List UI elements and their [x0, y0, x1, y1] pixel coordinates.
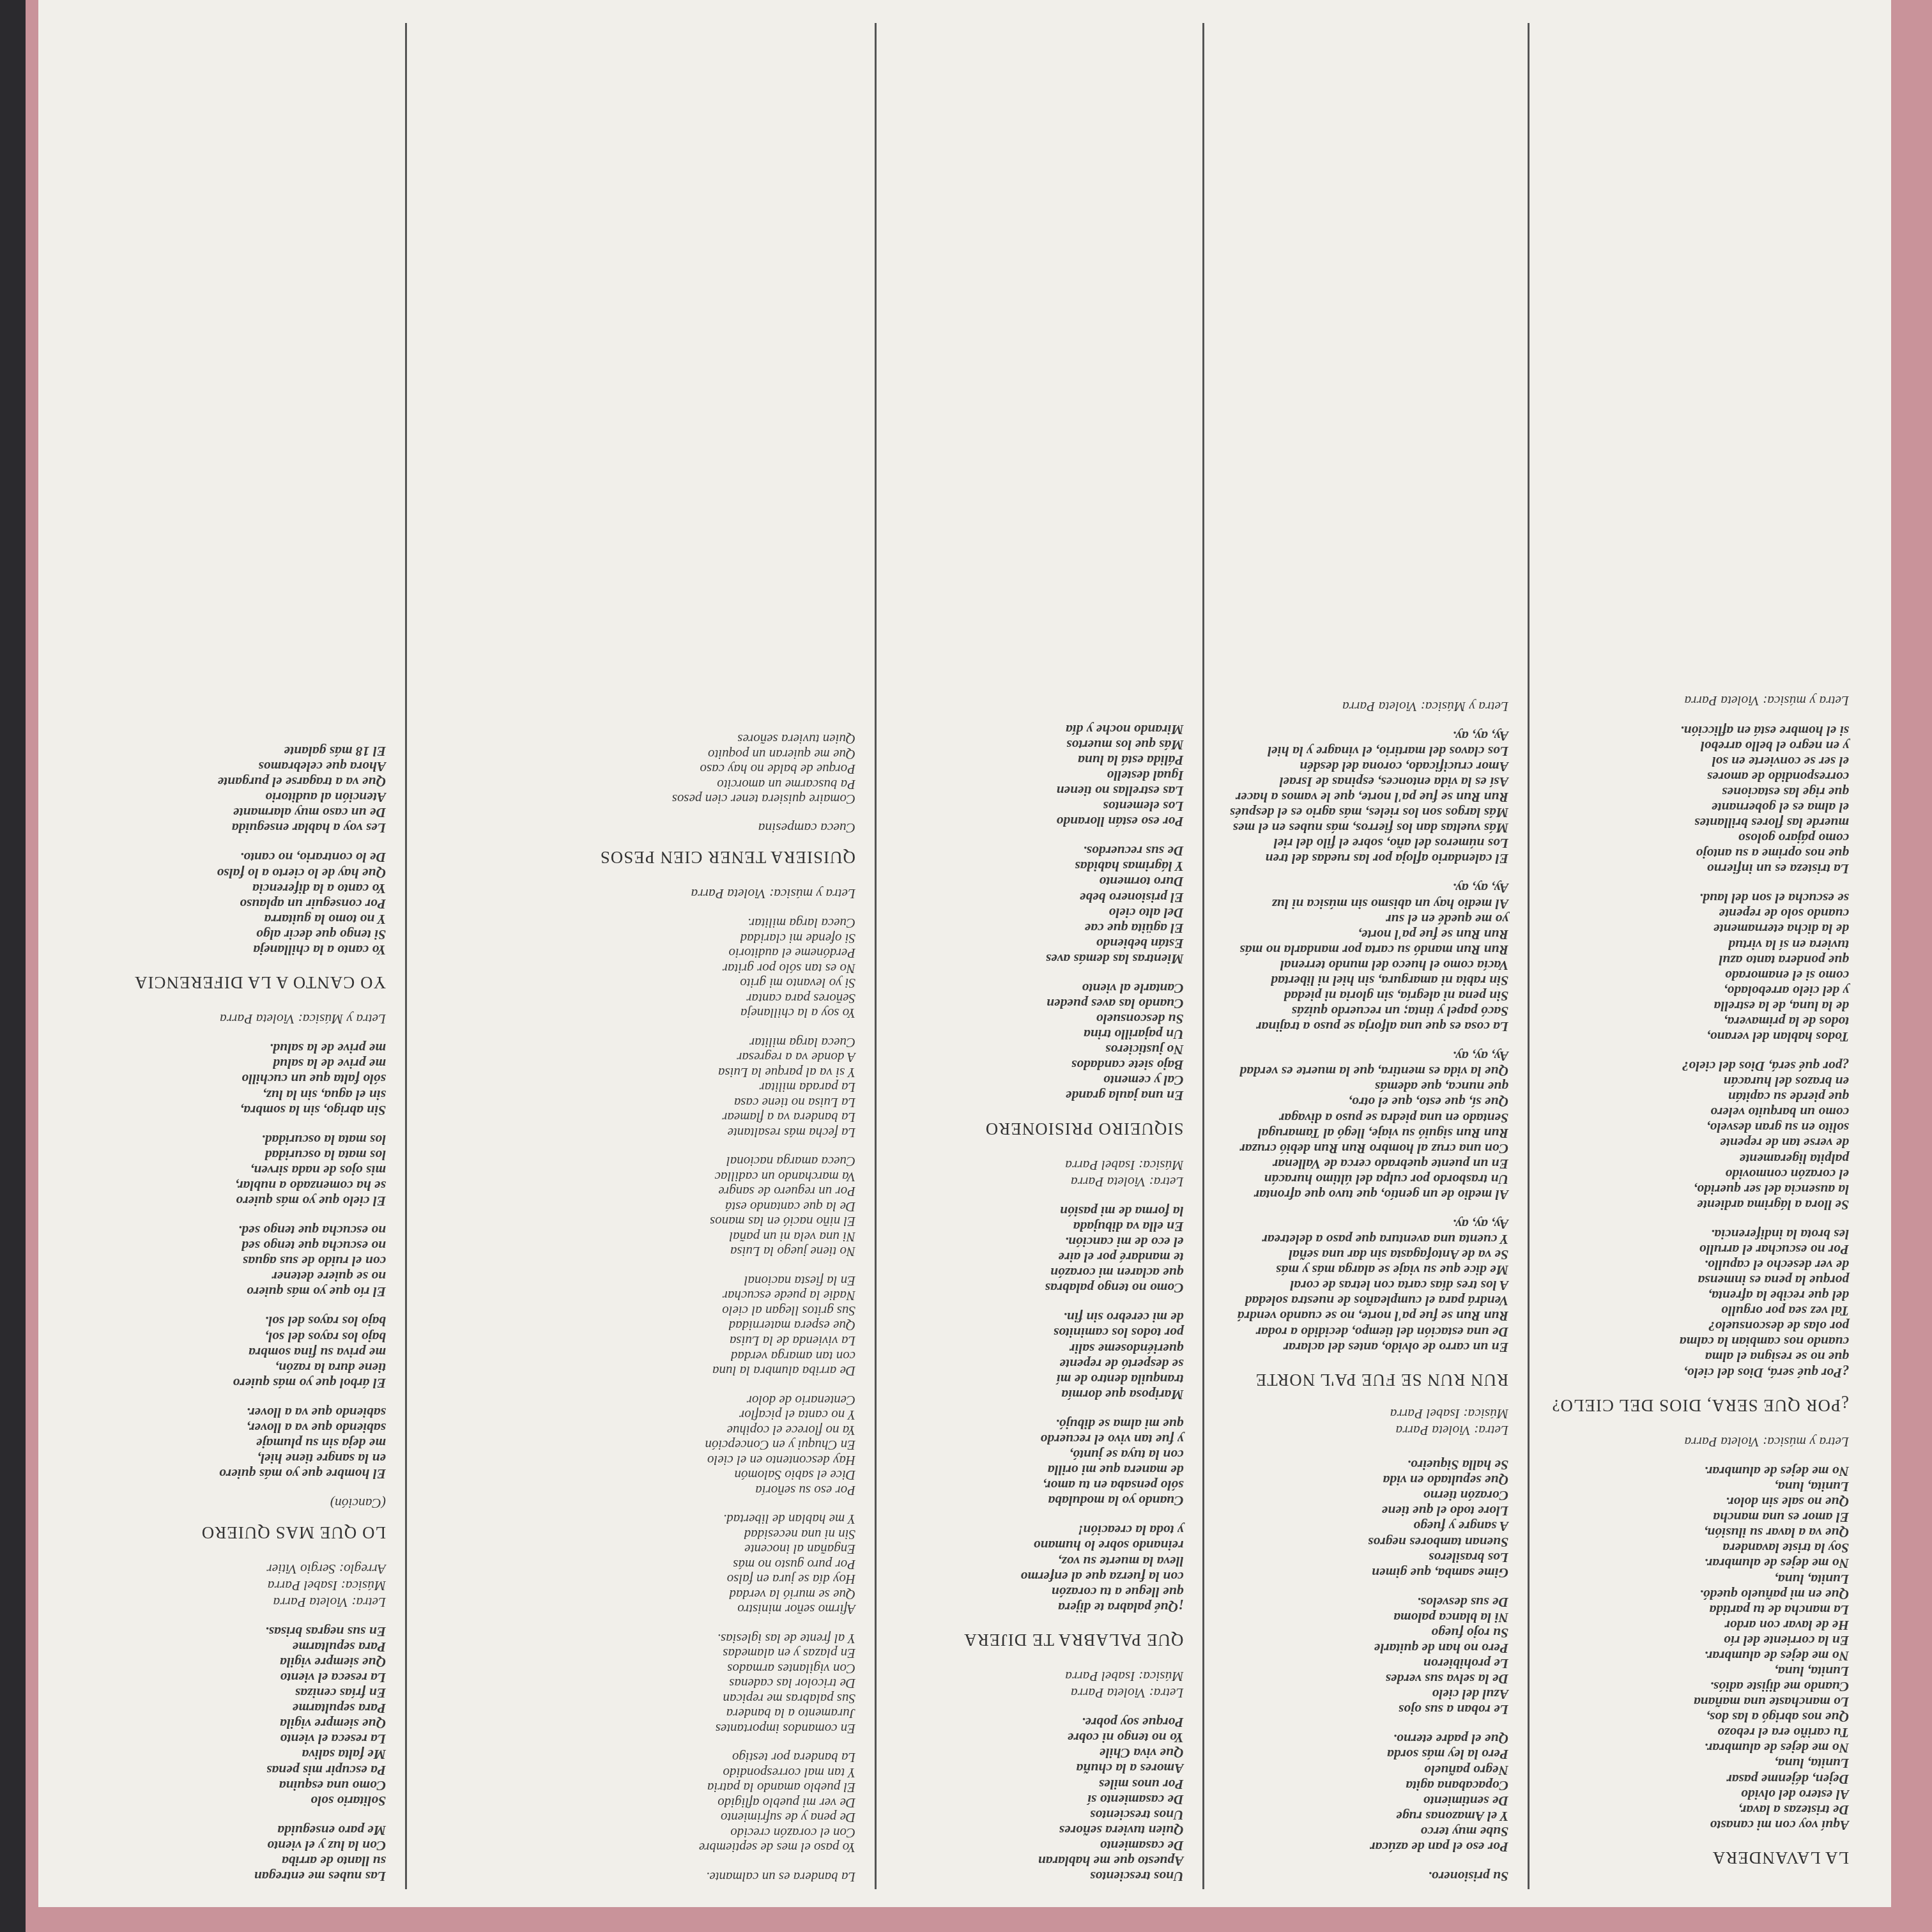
lyric-line: Cueca larga militar. — [426, 916, 855, 931]
lyric-line: En una jaula grande — [896, 1088, 1183, 1103]
lyric-line: Al medio hay un abismo sin música ni luz — [1223, 896, 1508, 911]
lyric-line: Unos trescientos — [896, 1869, 1183, 1884]
song-credit: Música: Isabel Parra — [896, 1669, 1183, 1684]
song-block: QUE PALABRA TE DIJERA¡Qué palabra te dij… — [896, 1158, 1183, 1650]
lyrics-stanza: De arriba alumbra la lunacon tan amarga … — [426, 1273, 855, 1378]
lyric-line: Y no canta el picaflor — [426, 1407, 855, 1423]
lyric-line: Me paro enseguida — [80, 1823, 386, 1838]
lyrics-stanza: El árbol que yo más quierotiene dura la … — [80, 1314, 386, 1390]
lyric-line: la forma de mi pasión — [896, 1204, 1183, 1219]
lyric-line: de verse tan de repente — [1549, 1135, 1849, 1151]
song-block: Letra: Violeta ParraMúsica: Isabel Parra… — [1223, 699, 1508, 1438]
lyric-line: Corazón tierno — [1223, 1488, 1508, 1503]
lyric-line: Con la luz y el viento — [80, 1838, 386, 1853]
lyric-line: En plazas y en alamedas — [426, 1646, 855, 1661]
lyric-line: Por no escuchar el arrullo — [1549, 1242, 1849, 1257]
lyric-line: el corazón conmovido — [1549, 1167, 1849, 1182]
lyric-line: Cueca amarga nacional — [426, 1154, 855, 1169]
lyric-line: Al medio de un gentío, que tuvo que afro… — [1223, 1187, 1508, 1202]
lyric-line: y toda la creación! — [896, 1522, 1183, 1538]
lyric-line: Con vigilantes armados — [426, 1660, 855, 1676]
lyric-line: La reseca el viento — [80, 1731, 386, 1747]
lyric-line: Ay, ay, ay. — [1223, 728, 1508, 744]
lyric-line: Que nos abrigó a las dos, — [1549, 1710, 1849, 1725]
lyric-line: Run Run siguió su viaje, llegó al Tamaru… — [1223, 1126, 1508, 1141]
lyric-line: Le roban a sus ojos — [1223, 1702, 1508, 1717]
lyric-line: en la sangre tiene hiel, — [80, 1451, 386, 1466]
lyric-line: se escucha el son del laud. — [1549, 891, 1849, 906]
lyric-line: Run Run mandó su carta por mandarla no m… — [1223, 942, 1508, 958]
lyric-line: La bandera es un calmante. — [426, 1869, 855, 1884]
lyric-line: Se llora a lágrima ardiente — [1549, 1197, 1849, 1213]
lyric-line: Los clavos del martirio, el vinagre y la… — [1223, 744, 1508, 759]
song-title: QUE PALABRA TE DIJERA — [896, 1630, 1183, 1650]
lyric-line: el eco de mi canción. — [896, 1234, 1183, 1250]
song-title: ¿POR QUE SERA, DIOS DEL CIELO? — [1549, 1396, 1849, 1415]
lyric-line: En la fiesta nacional — [426, 1273, 855, 1288]
lyric-line: No tiene juego la Luisa — [426, 1244, 855, 1259]
song-credit: Letra y música: Violeta Parra — [426, 886, 855, 901]
lyric-line: Cuando yo la modulaba — [896, 1493, 1183, 1508]
lyric-line: De casamiento — [896, 1838, 1183, 1853]
lyric-line: Un pajarillo trina — [896, 1027, 1183, 1042]
lyric-line: Como no tengo palabras — [896, 1280, 1183, 1296]
lyric-line: Su rojo fuego — [1223, 1625, 1508, 1641]
lyric-line: Que siempre vigila — [80, 1716, 386, 1731]
lyric-line: Por conseguir un aplauso — [80, 896, 386, 912]
lyric-line: Yo paso el mes de septiembre — [426, 1840, 855, 1855]
lyric-line: Están bebiendo — [896, 936, 1183, 951]
lyric-line: En sus negras brisas. — [80, 1624, 386, 1639]
lyric-line: la ausencia del ser querido, — [1549, 1182, 1849, 1197]
lyric-line: Cuando las aves pueden — [896, 996, 1183, 1011]
lyric-line: Perdóneme el auditorio — [426, 946, 855, 961]
lyric-line: no escucha que tengo sed. — [80, 1223, 386, 1238]
lyric-line: Que espera maternidad — [426, 1318, 855, 1333]
song-block: LA LAVANDERAAquí voy con mi canastoDe tr… — [1549, 1434, 1849, 1867]
lyric-line: Sin abrigo, sin la sombra, — [80, 1103, 386, 1118]
lyric-line: Que en mi pañuelo quedó. — [1549, 1587, 1849, 1602]
lyric-line: Se halla Siqueiro. — [1223, 1457, 1508, 1473]
lyric-line: El hombre que yo más quiero — [80, 1466, 386, 1482]
lyrics-stanza: La bandera es un calmante. — [426, 1869, 855, 1884]
lyric-line: Y el Amazonas ruge — [1223, 1809, 1508, 1824]
lyric-line: Por eso su señoría — [426, 1482, 855, 1498]
lyric-line: Yo no tengo ni cobre — [896, 1730, 1183, 1745]
lyric-line: Igual destello — [896, 768, 1183, 783]
song-block: SIQUEIRO PRISIONEROEn una jaula grandeCa… — [896, 722, 1183, 1138]
lyric-line: Me dice que su viaje se alarga más y más — [1223, 1262, 1508, 1278]
lyric-line: Sentado en una piedra se puso a divagar — [1223, 1110, 1508, 1125]
song-title: RUN RUN SE FUE PA'L NORTE — [1223, 1370, 1508, 1390]
lyrics-column-1: LA LAVANDERAAquí voy con mi canastoDe tr… — [1528, 23, 1868, 1889]
lyric-line: Como una esquina — [80, 1778, 386, 1793]
lyric-line: y en negro el bello arrebol — [1549, 739, 1849, 754]
lyric-line: Ya no florece el copihue — [426, 1422, 855, 1437]
lyric-line: Tal vez sea por orgullo — [1549, 1303, 1849, 1319]
lyric-line: lleva la muerte su voz, — [896, 1553, 1183, 1568]
lyric-line: Para sepultarme — [80, 1639, 386, 1655]
lyrics-stanza: Comaire quisiera tener cien pesosPa busc… — [426, 732, 855, 807]
lyric-line: Porque soy pobre. — [896, 1715, 1183, 1730]
lyric-line: A los tres días carta con letras de cora… — [1223, 1278, 1508, 1293]
lyric-line: Si tengo que decir algo — [80, 927, 386, 942]
lyric-line: me prive de la salud. — [80, 1041, 386, 1056]
song-block: Unos trescientosApuesto que me hablaranD… — [896, 1669, 1183, 1884]
lyric-line: Apuesto que me hablaran — [896, 1853, 1183, 1869]
lyrics-stanza: No tiene juego la LuisaNi una vela ni un… — [426, 1154, 855, 1259]
lyrics-stanza: En un carro de olvido, antes del aclarar… — [1223, 1216, 1508, 1355]
lyric-line: Los elementos — [896, 799, 1183, 814]
lyric-line: Llore todo el que tiene — [1223, 1503, 1508, 1519]
lyric-line: La parada militar — [426, 1080, 855, 1095]
lyrics-column-3: Unos trescientosApuesto que me hablaranD… — [875, 23, 1202, 1889]
lyric-line: La tristeza es un infierno — [1549, 861, 1849, 877]
lyric-line: No me dejes de alumbrar. — [1549, 1740, 1849, 1756]
lyric-line: Y al frente de las iglesias. — [426, 1630, 855, 1646]
lyric-line: si el hombre está en aflicción. — [1549, 723, 1849, 738]
lyric-line: Juramento a la bandera — [426, 1706, 855, 1721]
lyric-line: tiene dura la razón, — [80, 1360, 386, 1376]
lyric-line: yo me quedé en el sur — [1223, 912, 1508, 927]
lyric-line: En ella va dibujada — [896, 1219, 1183, 1234]
lyric-line: Aquí voy con mi canasto — [1549, 1818, 1849, 1833]
lyric-line: Ay, ay, ay. — [1223, 1048, 1508, 1064]
lyric-line: que aclaren mi corazón — [896, 1265, 1183, 1280]
song-block: LO QUE MAS QUIERO(Canción)El hombre que … — [80, 1011, 386, 1542]
lyric-line: Run Run se fue pa'l norte, — [1223, 927, 1508, 942]
lyric-line: Afirmo señor ministro — [426, 1602, 855, 1617]
lyric-line: el alma es el gobernante — [1549, 800, 1849, 815]
lyrics-stanza: Por eso el pan de azúcarSube muy tercoY … — [1223, 1731, 1508, 1855]
lyric-line: Por unos miles — [896, 1776, 1183, 1791]
lyric-line: Sube muy terco — [1223, 1824, 1508, 1839]
lyric-line: Me falta saliva — [80, 1747, 386, 1762]
lyric-line: Sacó papel y tinta; un recuerdo quizás — [1223, 1004, 1508, 1019]
lyric-line: como pájaro goloso — [1549, 831, 1849, 846]
lyrics-stanza: Todos hablan del verano,todos de la prim… — [1549, 891, 1849, 1045]
song-credit: Arreglo: Sergio Vitier — [80, 1561, 386, 1577]
lyric-line: El cielo que yo más quiero — [80, 1193, 386, 1209]
lyric-line: que mi alma se dibujó. — [896, 1416, 1183, 1432]
lyric-line: La Luisa no tiene casa — [426, 1094, 855, 1110]
lyric-line: Sin pena ni alegría, sin gloria ni pieda… — [1223, 988, 1508, 1004]
song-credit: Letra: Violeta Parra — [896, 1174, 1183, 1190]
lyric-line: de la luna, de la estrella — [1549, 999, 1849, 1014]
lyrics-stanza: Se llora a lágrima ardientela ausencia d… — [1549, 1059, 1849, 1213]
lyric-line: Lunita, luna, — [1549, 1756, 1849, 1771]
lyric-line: El 18 más galante — [80, 744, 386, 759]
lyric-line: El árbol que yo más quiero — [80, 1376, 386, 1391]
lyric-line: Ahora que celebramos — [80, 759, 386, 774]
lyrics-stanza: Por eso están llorandoLos elementosLas e… — [896, 722, 1183, 830]
lyrics-stanza: En comandos importantesJuramento a la ba… — [426, 1630, 855, 1736]
lyric-line: De ver mi pueblo afligido — [426, 1795, 855, 1810]
lyrics-stanza: El hombre que yo más quieroen la sangre … — [80, 1405, 386, 1482]
lyric-line: La fecha más resaltante — [426, 1124, 855, 1140]
song-title: YO CANTO A LA DIFERENCIA — [80, 973, 386, 992]
lyric-line: Amores a la chuña — [896, 1761, 1183, 1776]
song-block: YO CANTO A LA DIFERENCIAYo canto a la ch… — [80, 744, 386, 992]
lyric-line: Tu cariño era el rebozo — [1549, 1725, 1849, 1740]
lyric-line: En un carro de olvido, antes del aclarar — [1223, 1340, 1508, 1355]
lyric-line: Que se murió la verdad — [426, 1586, 855, 1602]
lyric-line: En frías cenizas — [80, 1685, 386, 1701]
lyric-line: solito en su gran desvelo, — [1549, 1120, 1849, 1135]
lyric-line: Quien tuviera señores — [896, 1823, 1183, 1838]
lyric-line: palpita ligeramente — [1549, 1151, 1849, 1166]
lyric-line: mis ojos de nada sirven, — [80, 1163, 386, 1178]
song-block: QUISIERA TENER CIEN PESOSCueca campesina… — [426, 732, 855, 867]
lyric-line: De tricolor las cadenas — [426, 1676, 855, 1691]
lyric-line: se ha comenzado a nublar, — [80, 1178, 386, 1193]
lyric-line: sólo pensaba en tu amor, — [896, 1478, 1183, 1493]
lyric-line: con la fuerza que al enfermo — [896, 1569, 1183, 1584]
lyric-line: sabiendo que va a llover, — [80, 1420, 386, 1436]
lyric-line: En Chuqui y en Concepción — [426, 1437, 855, 1453]
lyric-line: no escucha que tengo sed — [80, 1238, 386, 1253]
lyric-line: Todos hablan del verano, — [1549, 1029, 1849, 1045]
lyric-line: Unos trescientos — [896, 1807, 1183, 1823]
lyric-line: Le prohibieron — [1223, 1656, 1508, 1671]
lyric-line: como si el enamorado — [1549, 968, 1849, 983]
lyric-line: que nunca, que además — [1223, 1079, 1508, 1094]
lyric-line: Los brasileros — [1223, 1550, 1508, 1565]
lyrics-stanza: Su prisionero. — [1223, 1869, 1508, 1884]
lyric-line: de la dicha eternamente — [1549, 921, 1849, 937]
lyric-line: ¿Por qué será, Dios del cielo, — [1549, 1365, 1849, 1381]
song-title: LO QUE MAS QUIERO — [80, 1522, 386, 1542]
lyric-line: Y me hablan de libertad. — [426, 1512, 855, 1527]
lyrics-stanza: ¡Qué palabra te dijeraque llegue a tu co… — [896, 1522, 1183, 1614]
lyric-line: La cosa es que una alforja se puso a tra… — [1223, 1019, 1508, 1034]
lyric-line: me deja sin su plumaje — [80, 1436, 386, 1451]
lyric-line: Que viva Chile — [896, 1745, 1183, 1761]
lyrics-insert-sheet: LA LAVANDERAAquí voy con mi canastoDe tr… — [38, 0, 1891, 1907]
lyric-line: La reseca el viento — [80, 1670, 386, 1685]
lyric-line: tuviera en sí la virtud — [1549, 937, 1849, 952]
lyric-line: Vendrá para el cumpleaños de nuestra sol… — [1223, 1293, 1508, 1308]
lyric-line: Hoy día se jura en falso — [426, 1572, 855, 1587]
lyric-line: Run Run se fue pa'l norte, que le vamos … — [1223, 790, 1508, 805]
lyric-line: De una estación del tiempo, decidido a r… — [1223, 1324, 1508, 1340]
song-credit: Letra y Música: Violeta Parra — [1223, 699, 1508, 714]
lyric-line: Dice el sabio Salomón — [426, 1468, 855, 1483]
lyric-line: La mancha de tu partida — [1549, 1602, 1849, 1618]
lyric-line: Por eso el pan de azúcar — [1223, 1839, 1508, 1855]
lyric-line: su llanto de arriba — [80, 1853, 386, 1869]
lyric-line: De la selva sus verdes — [1223, 1671, 1508, 1687]
lyric-line: el ser se convierte en sol — [1549, 754, 1849, 769]
lyric-line: correspondido de amores — [1549, 769, 1849, 785]
lyrics-stanza: La cosa es que una alforja se puso a tra… — [1223, 880, 1508, 1034]
lyric-line: Sus gritos llegan al cielo — [426, 1303, 855, 1318]
lyric-line: tranquila dentro de mí — [896, 1372, 1183, 1387]
lyric-line: El pueblo amando la patria — [426, 1780, 855, 1795]
lyric-line: De casamiento sí — [896, 1792, 1183, 1807]
lyric-line: No es tan sólo por gritar — [426, 960, 855, 976]
song-subtitle: (Canción) — [80, 1496, 386, 1511]
lyric-line: Pa buscarme un amorcito — [426, 776, 855, 792]
song-credit: Letra y Música: Violeta Parra — [80, 1011, 386, 1027]
lyrics-stanza: El río que yo más quierono se quiere det… — [80, 1223, 386, 1299]
lyric-line: De sus recuerdos. — [896, 843, 1183, 859]
lyric-line: Soy la triste lavandera — [1549, 1540, 1849, 1556]
lyric-line: Más vueltas dan los fierros, más nubes e… — [1223, 820, 1508, 836]
lyric-line: Cantarle al viento — [896, 981, 1183, 996]
lyric-line: Quien tuviera señores — [426, 732, 855, 747]
lyric-line: sabiendo que va a llover. — [80, 1405, 386, 1420]
lyric-line: La bandera va a flamear — [426, 1110, 855, 1125]
lyric-line: Copacabana agita — [1223, 1778, 1508, 1793]
lyrics-stanza: Sin abrigo, sin la sombra,sin el agua, s… — [80, 1041, 386, 1117]
lyric-line: que nos oprime a su antojo — [1549, 846, 1849, 861]
lyric-line: Que la vida es mentira, que la muerte es… — [1223, 1064, 1508, 1079]
lyric-line: Lo manchaste una mañana — [1549, 1694, 1849, 1710]
lyric-line: Solitario solo — [80, 1793, 386, 1809]
lyric-line: El río que yo más quiero — [80, 1284, 386, 1299]
lyric-line: Va marchando un cadillac — [426, 1169, 855, 1184]
lyric-line: ¿por qué será, Dios del cielo? — [1549, 1059, 1849, 1074]
lyric-line: Amor crucificado, corona del desdén — [1223, 759, 1508, 774]
lyric-line: Que hay de lo cierto a lo falso — [80, 865, 386, 880]
lyric-line: Los números del año, sobre el filo del r… — [1223, 836, 1508, 851]
lyric-line: Más que los muertos — [896, 737, 1183, 753]
lyric-line: Que me quieran un poquito — [426, 746, 855, 762]
lyric-line: por olas de desconsuelo? — [1549, 1319, 1849, 1334]
lyric-line: te mandaré por el aire — [896, 1250, 1183, 1265]
lyric-line: Vacía como el hueco del mundo terrenal — [1223, 958, 1508, 973]
lyric-line: No justicieros — [896, 1042, 1183, 1057]
lyric-line: Si yo levanto mi grito — [426, 976, 855, 991]
lyric-line: Su prisionero. — [1223, 1869, 1508, 1884]
lyrics-stanza: Yo soy a la chillanejaSeñores para canta… — [426, 916, 855, 1021]
song-credit: Música: Isabel Parra — [1223, 1406, 1508, 1422]
lyric-line: Que el padre eterno. — [1223, 1731, 1508, 1747]
lyric-line: queriéndoseme salir — [896, 1341, 1183, 1356]
lyric-line: Que va a lavar su ilusión, — [1549, 1525, 1849, 1540]
lyric-line: y fue tan vivo el recuerdo — [896, 1432, 1183, 1447]
lyrics-stanza: Mientras las demás avesEstán bebiendoEl … — [896, 843, 1183, 967]
lyrics-stanza: El calendario afloja por las ruedas del … — [1223, 728, 1508, 867]
lyric-line: y del cielo arrebolado, — [1549, 983, 1849, 999]
lyric-line: Así es la vida entonces, espinas de Isra… — [1223, 774, 1508, 790]
lyric-line: Engañan al inocente — [426, 1542, 855, 1557]
lyric-line: muerde las flores brillantes — [1549, 815, 1849, 831]
lyric-line: todos de la primavera, — [1549, 1014, 1849, 1029]
song-credit: Música: Isabel Parra — [896, 1158, 1183, 1173]
song-credit: Letra y música: Violeta Parra — [1549, 1434, 1849, 1450]
song-block: Las nubes me entregansu llanto de arriba… — [80, 1561, 386, 1884]
lyric-line: El agüita que cae — [896, 921, 1183, 936]
lyric-line: Gime samba, que gimen — [1223, 1565, 1508, 1581]
lyric-line: Lunita, luna, — [1549, 1479, 1849, 1494]
lyric-line: Y tan mal correspondido — [426, 1765, 855, 1780]
lyrics-stanza: Yo canto a la chillanejaSi tengo que dec… — [80, 850, 386, 958]
lyric-line: De lo contrario, no canto. — [80, 850, 386, 865]
lyric-line: El calendario afloja por las ruedas del … — [1223, 851, 1508, 866]
lyric-line: Dejen, déjenme pasar — [1549, 1771, 1849, 1786]
lyric-line: Y si va al parque la Luisa — [426, 1064, 855, 1080]
lyric-line: Yo soy a la chillaneja — [426, 1006, 855, 1021]
lyrics-stanza: Cuando yo la modulabasólo pensaba en tu … — [896, 1416, 1183, 1508]
lyric-line: por todos los caminitos — [896, 1325, 1183, 1340]
song-block: Su prisionero.Por eso el pan de azúcarSu… — [1223, 1457, 1508, 1884]
lyric-line: Pero no han de quitarle — [1223, 1641, 1508, 1656]
lyric-line: me priva su fina sombra — [80, 1345, 386, 1360]
lyric-line: Señores para cantar — [426, 990, 855, 1006]
lyric-line: A sangre y fuego — [1223, 1519, 1508, 1534]
lyric-line: cuando solo de repente — [1549, 906, 1849, 921]
lyric-line: Ay, ay, ay. — [1223, 1216, 1508, 1232]
lyric-line: Que sepultado en vida — [1223, 1473, 1508, 1488]
lyric-line: Ay, ay, ay. — [1223, 880, 1508, 896]
lyrics-stanza: Gime samba, que gimenLos brasilerosSuena… — [1223, 1457, 1508, 1581]
lyric-line: bajo los rayos del sol. — [80, 1314, 386, 1329]
lyric-line: se despertó de repente — [896, 1356, 1183, 1372]
song-block: ¿POR QUE SERA, DIOS DEL CIELO?¿Por qué s… — [1549, 693, 1849, 1414]
lyrics-stanza: La tristeza es un infiernoque nos oprime… — [1549, 723, 1849, 877]
lyric-line: Las estrellas no tienen — [896, 783, 1183, 799]
lyric-line: Ni la blanca paloma — [1223, 1610, 1508, 1625]
lyric-line: Run Run se fue pa'l norte, no se cuando … — [1223, 1308, 1508, 1324]
lyric-line: Cueca larga militar — [426, 1034, 855, 1050]
lyric-line: Y lágrimas habidas — [896, 859, 1183, 874]
lyric-line: Las nubes me entregan — [80, 1869, 386, 1884]
lyrics-column-5: Las nubes me entregansu llanto de arriba… — [61, 23, 405, 1889]
lyric-line: de ver desecho el capullo. — [1549, 1257, 1849, 1273]
lyric-line: Hay descontento en el cielo — [426, 1452, 855, 1468]
song-title: SIQUEIRO PRISIONERO — [896, 1119, 1183, 1138]
lyric-line: no se quiere detener — [80, 1269, 386, 1284]
lyric-line: de manera que mi orilla — [896, 1462, 1183, 1478]
lyrics-stanza: Aquí voy con mi canastoDe tristezas a la… — [1549, 1464, 1849, 1833]
lyrics-stanza: Solitario soloComo una esquinaPa escupir… — [80, 1624, 386, 1809]
lyric-line: les brota la indiferencia. — [1549, 1227, 1849, 1242]
lyric-line: Mariposa que dormía — [896, 1387, 1183, 1402]
lyric-line: En comandos importantes — [426, 1721, 855, 1736]
lyric-line: Ni una vela ni un pañal — [426, 1229, 855, 1244]
song-title: QUISIERA TENER CIEN PESOS — [426, 847, 855, 866]
lyrics-stanza: ¿Por qué será, Dios del cielo,que no se … — [1549, 1227, 1849, 1381]
lyric-line: Con el corazón crecido — [426, 1825, 855, 1840]
lyric-line: De sus desvelos. — [1223, 1595, 1508, 1610]
lyric-line: ¡Qué palabra te dijera — [896, 1600, 1183, 1615]
lyric-line: Que sí, que esto, que el otro, — [1223, 1094, 1508, 1110]
lyrics-stanza: Les voy a hablar enseguidaDe un caso muy… — [80, 744, 386, 836]
lyric-line: En la corriente del río — [1549, 1633, 1849, 1648]
lyric-line: Y cuenta una aventura que paso a deletre… — [1223, 1232, 1508, 1247]
lyric-line: Suenan tambores negros — [1223, 1534, 1508, 1549]
lyric-line: Yo canto a la diferencia — [80, 881, 386, 896]
song-credit: Letra: Violeta Parra — [1223, 1423, 1508, 1438]
song-credit: Letra: Violeta Parra — [896, 1685, 1183, 1701]
lyric-line: Por un reguero de sangre — [426, 1184, 855, 1199]
lyrics-stanza: Mariposa que dormíatranquila dentro de m… — [896, 1310, 1183, 1402]
lyric-line: Del alto cielo — [896, 905, 1183, 921]
lyric-line: del que recibe la afrenta, — [1549, 1288, 1849, 1303]
lyrics-stanza: Las nubes me entregansu llanto de arriba… — [80, 1823, 386, 1884]
lyrics-stanza: Unos trescientosApuesto que me hablaranD… — [896, 1715, 1183, 1884]
lyric-line: Sus palabras me repican — [426, 1690, 855, 1706]
lyric-line: porque la pena es inmensa — [1549, 1273, 1849, 1288]
lyric-line: Les voy a hablar enseguida — [80, 820, 386, 836]
lyric-line: En un puente quebrado cerca de Vallenar — [1223, 1156, 1508, 1172]
lyrics-column-4: La bandera es un calmante.Yo paso el mes… — [405, 23, 875, 1889]
lyrics-stanza: Afirmo señor ministroQue se murió la ver… — [426, 1512, 855, 1617]
lyric-line: La bandera por testigo — [426, 1750, 855, 1765]
lyric-line: Lunita, luna, — [1549, 1664, 1849, 1679]
